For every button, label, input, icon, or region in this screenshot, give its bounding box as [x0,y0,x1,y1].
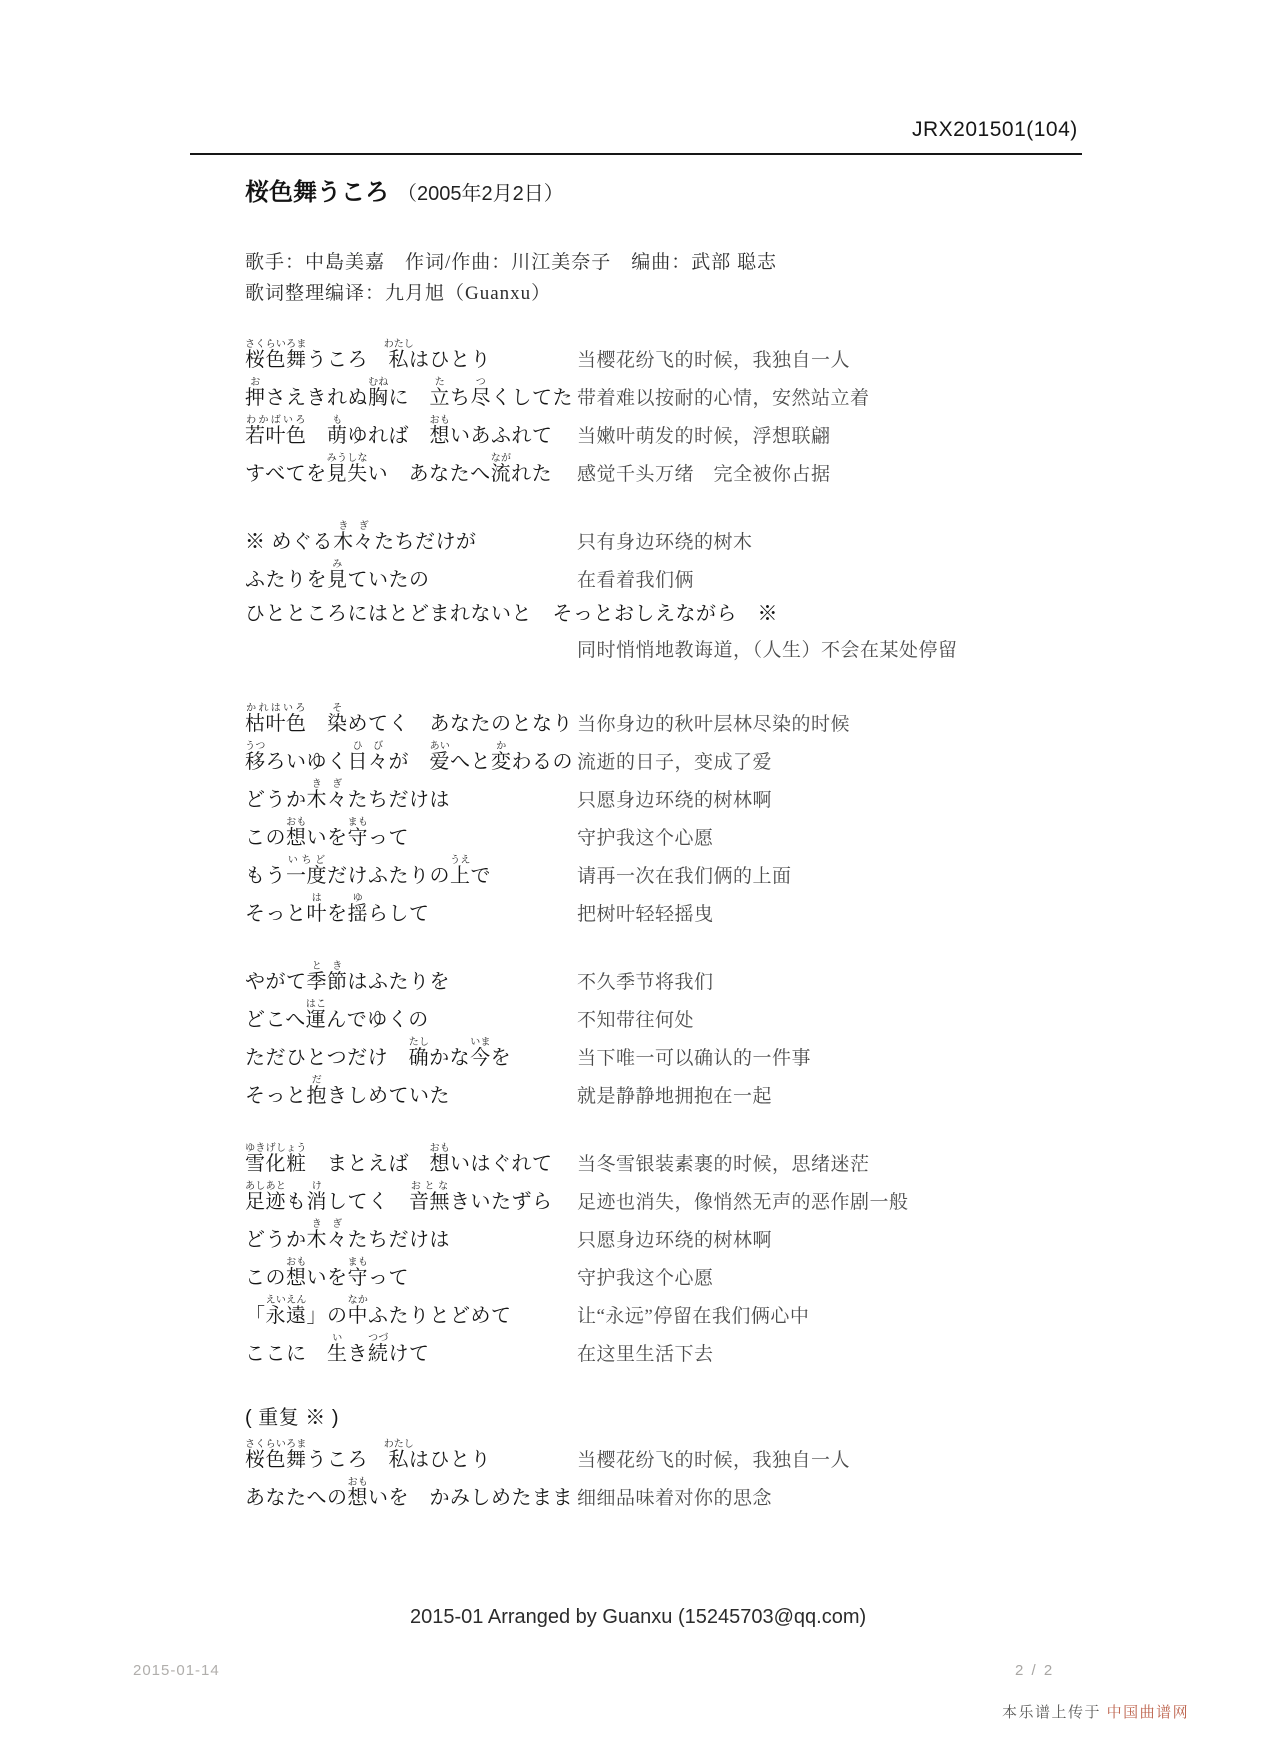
page-title: 桜色舞うころ（2005年2月2日） [245,178,1105,209]
ruby-annotated-word: 叶は [307,903,328,925]
ruby-annotated-word: 私わたし [389,1449,410,1471]
ruby-annotated-word: 桜色舞さくらいろま [245,349,307,371]
lyric-chinese-translation: 细细品味着对你的思念 [577,1483,772,1510]
lyric-japanese: ふたりを見みていたの [245,559,577,592]
lyric-chinese-translation: 守护我这个心愿 [577,1263,714,1290]
lyric-chinese-translation: 在这里生活下去 [577,1339,714,1366]
lyric-chinese-translation: 感觉千头万绪 完全被你占据 [577,459,831,486]
lyric-line: やがて季節ときはふたりを不久季节将我们 [245,961,1105,999]
ruby-annotated-word: 消け [307,1191,328,1213]
ruby-annotated-word: 変か [491,751,512,773]
ruby-annotated-word: 胸むね [368,387,389,409]
ruby-annotated-word: 立た [430,387,451,409]
ruby-annotated-word: 守まも [348,827,369,849]
watermark-text: 中国曲谱网 [1107,1704,1190,1721]
lyric-line: あなたへの想おもいを かみしめたまま细细品味着对你的思念 [245,1477,1105,1515]
lyric-line: 同时悄悄地教诲道，（人生）不会在某处停留 [245,635,1105,673]
lyric-line: どうか木々きぎたちだけは只愿身边环绕的树林啊 [245,1219,1105,1257]
ruby-annotated-word: 見み [327,569,348,591]
lyric-chinese-translation: 不知带往何处 [577,1005,694,1032]
ruby-annotated-word: 枯叶色かれはいろ [245,713,307,735]
ruby-annotated-word: 見失みうしな [327,463,368,485]
lyric-line: どうか木々きぎたちだけは只愿身边环绕的树林啊 [245,779,1105,817]
ruby-annotated-word: 萌も [327,425,348,447]
lyric-japanese: ※ めぐる木々きぎたちだけが [245,521,577,554]
lyric-japanese: ここに 生いき続つづけて [245,1333,577,1366]
ruby-annotated-word: 想おも [286,827,307,849]
lyrics-section: 桜色舞さくらいろまうころ 私わたしはひとり当樱花纷飞的时候，我独自一人押おさえき… [245,339,1105,1515]
lyric-line: ふたりを見みていたの在看着我们俩 [245,559,1105,597]
lyrics-sheet-page: JRX201501(104) 桜色舞うころ（2005年2月2日） 歌手：中島美嘉… [0,0,1272,1744]
lyric-japanese: 若叶色わかばいろ 萌もゆれば 想おもいあふれて [245,415,577,448]
lyric-chinese-translation: 流逝的日子，变成了爱 [577,747,772,774]
ruby-annotated-word: 确たし [409,1047,430,1069]
lyric-japanese: そっと叶はを揺ゆらして [245,893,577,926]
lyric-japanese: 雪化粧ゆきげしょう まとえば 想おもいはぐれて [245,1143,577,1176]
ruby-annotated-word: 木々きぎ [307,789,348,811]
lyric-japanese: 移うつろいゆく日々ひびが 爱あいへと変かわるの [245,741,577,774]
lyric-japanese: 桜色舞さくらいろまうころ 私わたしはひとり [245,1439,577,1472]
ruby-annotated-word: 抱だ [307,1085,328,1107]
lyric-line: ※ めぐる木々きぎたちだけが只有身边环绕的树木 [245,521,1105,559]
lyric-line: 若叶色わかばいろ 萌もゆれば 想おもいあふれて当嫩叶萌发的时候，浮想联翩 [245,415,1105,453]
ruby-annotated-word: 今いま [470,1047,491,1069]
lyric-line: 足迹あしあとも消けしてく 音無おとなきいたずら足迹也消失，像悄然无声的恶作剧一般 [245,1181,1105,1219]
lyric-japanese: 押おさえきれぬ胸むねに 立たち尽つくしてた [245,377,577,410]
ruby-annotated-word: 木々きぎ [307,1229,348,1251]
lyric-chinese-translation: 当冬雪银装素裹的时候，思绪迷茫 [577,1149,870,1176]
lyric-japanese: この想おもいを守まもって [245,1257,577,1290]
credits-artist-line: 歌手：中島美嘉 作词/作曲：川江美奈子 编曲：武部 聪志 [245,247,1105,278]
lyrics-stanza: 桜色舞さくらいろまうころ 私わたしはひとり当樱花纷飞的时候，我独自一人押おさえき… [245,339,1105,491]
ruby-annotated-word: 上うえ [450,865,471,887]
lyric-line: この想おもいを守まもって守护我这个心愿 [245,817,1105,855]
watermark-text: 本乐谱上传于 [1002,1704,1107,1721]
ruby-annotated-word: 想おも [430,425,451,447]
lyric-japanese: やがて季節ときはふたりを [245,961,577,994]
lyric-chinese-translation: 请再一次在我们俩的上面 [577,861,792,888]
lyric-chinese-translation: 把树叶轻轻摇曳 [577,899,714,926]
song-date: （2005年2月2日） [397,183,564,205]
lyric-japanese: 足迹あしあとも消けしてく 音無おとなきいたずら [245,1181,577,1214]
lyric-chinese-translation: 只有身边环绕的树木 [577,527,753,554]
lyric-japanese: 枯叶色かれはいろ 染そめてく あなたのとなり [245,703,577,736]
lyric-chinese-translation: 同时悄悄地教诲道，（人生）不会在某处停留 [577,635,958,662]
footer-arranged-credit: 2015-01 Arranged by Guanxu (15245703@qq.… [410,1606,866,1629]
footer-date: 2015-01-14 [133,1662,220,1679]
lyric-line: 雪化粧ゆきげしょう まとえば 想おもいはぐれて当冬雪银装素裹的时候，思绪迷茫 [245,1143,1105,1181]
lyric-line: そっと抱だきしめていた就是静静地拥抱在一起 [245,1075,1105,1113]
lyric-japanese: ひとところにはとどまれないと そっとおしえながら ※ [245,597,778,626]
footer-page-number: 2 / 2 [1015,1662,1054,1679]
lyric-line: そっと叶はを揺ゆらして把树叶轻轻摇曳 [245,893,1105,931]
lyric-chinese-translation: 只愿身边环绕的树林啊 [577,1225,772,1252]
lyric-chinese-translation: 当嫩叶萌发的时候，浮想联翩 [577,421,831,448]
lyric-japanese: ( 重复 ※ ) [245,1401,577,1430]
lyric-line: もう一度いちどだけふたりの上うえで请再一次在我们俩的上面 [245,855,1105,893]
ruby-annotated-word: 守まも [348,1267,369,1289]
header-divider [190,153,1082,155]
ruby-annotated-word: 日々ひび [348,751,389,773]
lyric-line: ここに 生いき続つづけて在这里生活下去 [245,1333,1105,1371]
lyric-line: ただひとつだけ 确たしかな今いまを当下唯一可以确认的一件事 [245,1037,1105,1075]
ruby-annotated-word: 永遠えいえん [266,1305,307,1327]
document-code: JRX201501(104) [912,118,1062,142]
lyrics-stanza: 枯叶色かれはいろ 染そめてく あなたのとなり当你身边的秋叶层林尽染的时候移うつろ… [245,703,1105,931]
lyric-chinese-translation: 当樱花纷飞的时候，我独自一人 [577,345,850,372]
lyric-japanese: どうか木々きぎたちだけは [245,779,577,812]
lyric-japanese: 「永遠えいえん」の中なかふたりとどめて [245,1295,577,1328]
ruby-annotated-word: 雪化粧ゆきげしょう [245,1153,307,1175]
lyric-chinese-translation: 当樱花纷飞的时候，我独自一人 [577,1445,850,1472]
ruby-annotated-word: 押お [245,387,266,409]
ruby-annotated-word: 一度いちど [286,865,327,887]
lyrics-stanza: ※ めぐる木々きぎたちだけが只有身边环绕的树木ふたりを見みていたの在看着我们俩ひ… [245,521,1105,673]
lyric-chinese-translation: 就是静静地拥抱在一起 [577,1081,772,1108]
lyric-line: 押おさえきれぬ胸むねに 立たち尽つくしてた带着难以按耐的心情，安然站立着 [245,377,1105,415]
ruby-annotated-word: 続つづ [368,1343,389,1365]
lyric-japanese: この想おもいを守まもって [245,817,577,850]
lyric-line: 枯叶色かれはいろ 染そめてく あなたのとなり当你身边的秋叶层林尽染的时候 [245,703,1105,741]
lyrics-stanza: ( 重复 ※ )桜色舞さくらいろまうころ 私わたしはひとり当樱花纷飞的时候，我独… [245,1401,1105,1515]
ruby-annotated-word: 流なが [491,463,512,485]
lyric-line: 桜色舞さくらいろまうころ 私わたしはひとり当樱花纷飞的时候，我独自一人 [245,1439,1105,1477]
lyric-chinese-translation: 在看着我们俩 [577,565,694,592]
ruby-annotated-word: 移うつ [245,751,266,773]
lyric-japanese: どこへ運はこんでゆくの [245,999,577,1032]
lyric-japanese: ただひとつだけ 确たしかな今いまを [245,1037,577,1070]
ruby-annotated-word: 想おも [286,1267,307,1289]
ruby-annotated-word: 中なか [348,1305,369,1327]
song-title: 桜色舞うころ [245,179,389,206]
ruby-annotated-word: 揺ゆ [348,903,369,925]
document-body: 桜色舞うころ（2005年2月2日） 歌手：中島美嘉 作词/作曲：川江美奈子 编曲… [245,178,1105,1545]
ruby-annotated-word: 季節とき [307,971,348,993]
lyric-line: 「永遠えいえん」の中なかふたりとどめて让“永远”停留在我们俩心中 [245,1295,1105,1333]
lyric-chinese-translation: 让“永远”停留在我们俩心中 [577,1301,809,1328]
ruby-annotated-word: 運はこ [306,1009,327,1031]
lyric-chinese-translation: 带着难以按耐的心情，安然站立着 [577,383,870,410]
ruby-annotated-word: 尽つ [471,387,492,409]
ruby-annotated-word: 爱あい [430,751,451,773]
lyric-japanese: あなたへの想おもいを かみしめたまま [245,1477,577,1510]
lyric-line: 桜色舞さくらいろまうころ 私わたしはひとり当樱花纷飞的时候，我独自一人 [245,339,1105,377]
lyric-chinese-translation: 不久季节将我们 [577,967,714,994]
ruby-annotated-word: 生い [327,1343,348,1365]
ruby-annotated-word: 音無おとな [409,1191,450,1213]
lyric-chinese-translation: 足迹也消失，像悄然无声的恶作剧一般 [577,1187,909,1214]
ruby-annotated-word: 想おも [348,1487,369,1509]
lyric-line: 移うつろいゆく日々ひびが 爱あいへと変かわるの流逝的日子，变成了爱 [245,741,1105,779]
ruby-annotated-word: 染そ [327,713,348,735]
credits-translator-line: 歌词整理编译：九月旭（Guanxu） [245,278,1105,309]
ruby-annotated-word: 若叶色わかばいろ [245,425,307,447]
lyric-chinese-translation: 当你身边的秋叶层林尽染的时候 [577,709,850,736]
lyric-japanese: すべてを見失みうしない あなたへ流ながれた [245,453,577,486]
lyric-line: どこへ運はこんでゆくの不知带往何处 [245,999,1105,1037]
lyric-line: ( 重复 ※ ) [245,1401,1105,1439]
ruby-annotated-word: 足迹あしあと [245,1191,286,1213]
lyric-japanese: どうか木々きぎたちだけは [245,1219,577,1252]
site-watermark: 本乐谱上传于 中国曲谱网 [1002,1701,1189,1722]
lyric-line: ひとところにはとどまれないと そっとおしえながら ※ [245,597,1105,635]
lyric-line: この想おもいを守まもって守护我这个心愿 [245,1257,1105,1295]
lyrics-stanza: 雪化粧ゆきげしょう まとえば 想おもいはぐれて当冬雪银装素裹的时候，思绪迷茫足迹… [245,1143,1105,1371]
lyric-line: すべてを見失みうしない あなたへ流ながれた感觉千头万绪 完全被你占据 [245,453,1105,491]
lyric-chinese-translation: 守护我这个心愿 [577,823,714,850]
ruby-annotated-word: 桜色舞さくらいろま [245,1449,307,1471]
ruby-annotated-word: 想おも [430,1153,451,1175]
lyric-chinese-translation: 只愿身边环绕的树林啊 [577,785,772,812]
lyrics-stanza: やがて季節ときはふたりを不久季节将我们どこへ運はこんでゆくの不知带往何处ただひと… [245,961,1105,1113]
lyric-japanese: そっと抱だきしめていた [245,1075,577,1108]
ruby-annotated-word: 私わたし [389,349,410,371]
lyric-japanese: もう一度いちどだけふたりの上うえで [245,855,577,888]
lyric-japanese: 桜色舞さくらいろまうころ 私わたしはひとり [245,339,577,372]
lyric-chinese-translation: 当下唯一可以确认的一件事 [577,1043,811,1070]
ruby-annotated-word: 木々きぎ [333,531,374,553]
